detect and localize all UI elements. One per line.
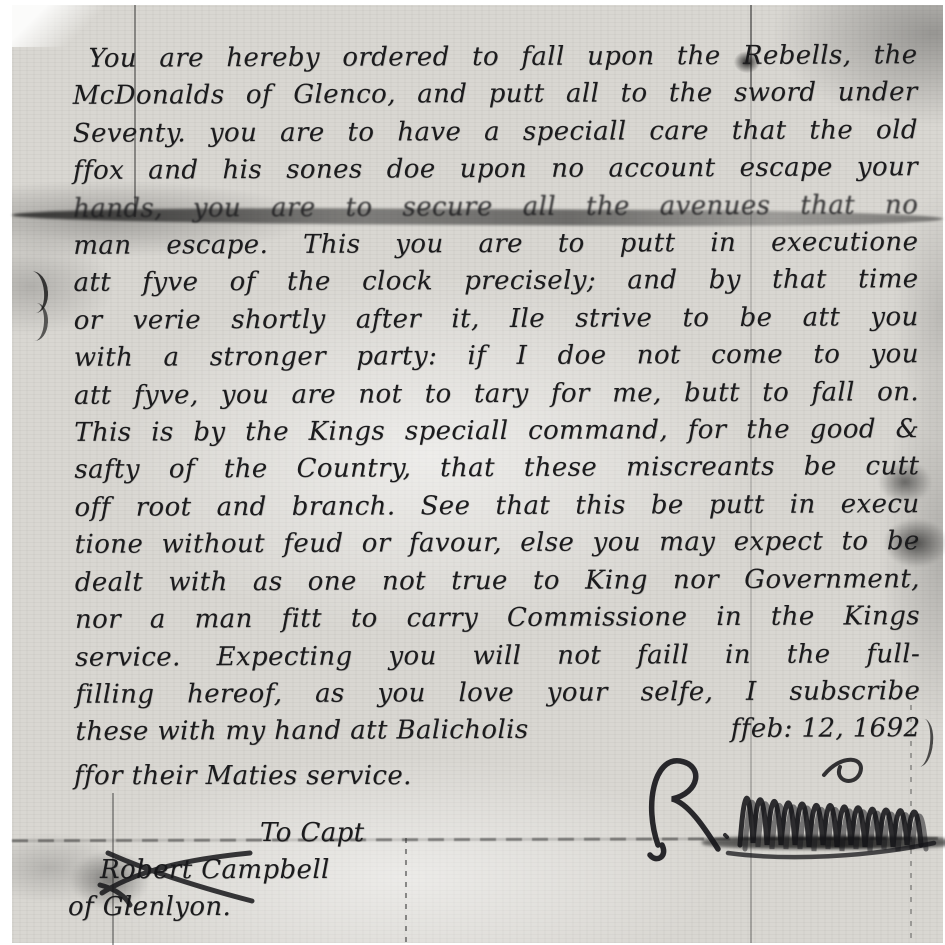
service-line: ffor their Maties service. bbox=[74, 761, 412, 791]
letter-line: with a stronger party: if I doe not come… bbox=[74, 336, 919, 377]
letter-line: This is by the Kings speciall command, f… bbox=[74, 411, 919, 452]
letter-line: man escape. This you are to putt in exec… bbox=[73, 224, 918, 265]
fold-crease-vertical-bottom-mid bbox=[405, 838, 407, 945]
signature-scrawl bbox=[628, 741, 945, 869]
letter-line: att fyve of the clock precisely; and by … bbox=[73, 262, 918, 303]
letter-line: dealt with as one not true to King nor G… bbox=[75, 561, 920, 602]
letter-line: or verie shortly after it, Ile strive to… bbox=[74, 299, 919, 340]
letter-line: ffox and his sones doe upon no account e… bbox=[73, 149, 918, 190]
letter-body: You are hereby ordered to fall upon the … bbox=[72, 37, 920, 751]
letter-line: filling hereof, as you love your selfe, … bbox=[75, 673, 920, 714]
letter-line: safty of the Country, that these miscrea… bbox=[74, 449, 919, 490]
letter-line: Seventy. you are to have a speciall care… bbox=[73, 112, 918, 153]
letter-line-smudged: hands, you are to secure all the avenues… bbox=[73, 187, 918, 228]
letter-line: McDonalds of Glenco, and putt all to the… bbox=[73, 75, 918, 116]
letter-line: service. Expecting you will not faill in… bbox=[75, 636, 920, 677]
letter-line: off root and branch. See that this be pu… bbox=[74, 486, 919, 527]
left-edge-ink-mark bbox=[28, 303, 49, 342]
letter-line: nor a man fitt to carry Commissione in t… bbox=[75, 598, 920, 639]
ink-cross-mark bbox=[96, 845, 258, 909]
letter-line: att fyve, you are not to tary for me, bu… bbox=[74, 374, 919, 415]
scanned-letter-page: You are hereby ordered to fall upon the … bbox=[12, 5, 943, 943]
letter-line: tione without feud or favour, else you m… bbox=[75, 523, 920, 564]
dateline-place: these with my hand att Balicholis bbox=[75, 712, 528, 751]
address-line: To Capt bbox=[260, 815, 365, 852]
letter-line: You are hereby ordered to fall upon the … bbox=[72, 37, 917, 78]
